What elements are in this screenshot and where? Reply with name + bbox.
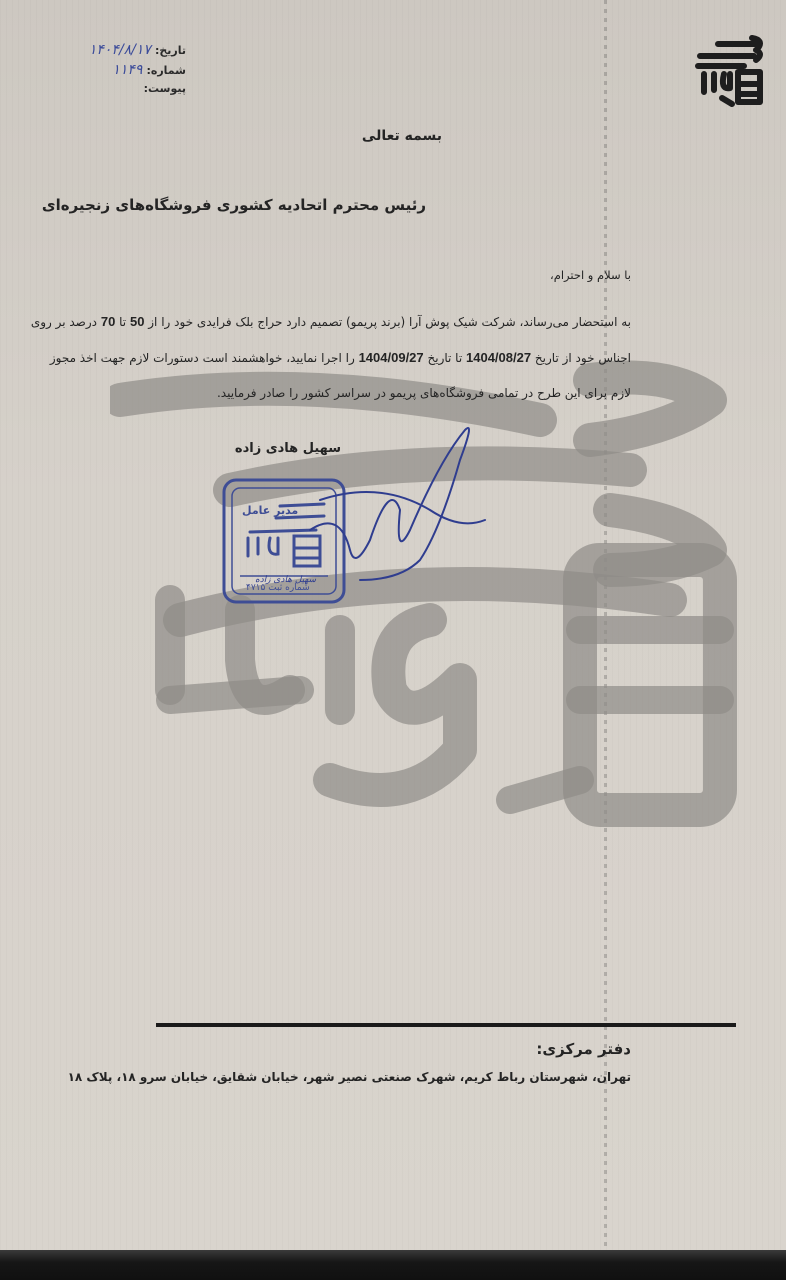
date-value: ۱۴۰۴/۸/۱۷	[89, 42, 151, 58]
handwritten-signer-name: سهیل هادی زاده	[255, 575, 316, 585]
body-text: را اجرا نمایید، خواهشمند است دستورات لاز…	[50, 351, 355, 365]
start-date: 1404/08/27	[466, 350, 531, 365]
discount-to: 70	[101, 314, 115, 329]
body-text: درصد بر روی	[31, 315, 97, 329]
body-text: لازم برای این طرح در تمامی فروشگاه‌های پ…	[217, 386, 631, 400]
body-text: تا تاریخ	[427, 351, 462, 365]
number-value: ۱۱۴۹	[112, 62, 142, 78]
body-line-2: اجناس خود از تاریخ 1404/08/27 تا تاریخ 1…	[0, 350, 631, 365]
signature-icon	[300, 420, 490, 590]
end-date: 1404/09/27	[359, 350, 424, 365]
company-logo-icon	[672, 32, 772, 112]
date-row: تاریخ: ۱۴۰۴/۸/۱۷	[46, 42, 186, 62]
letter-metadata: تاریخ: ۱۴۰۴/۸/۱۷ شماره: ۱۱۴۹ پیوست:	[46, 42, 186, 102]
office-address: تهران، شهرستان رباط کریم، شهرک صنعتی نصی…	[68, 1070, 631, 1084]
addressee: رئیس محترم اتحادیه کشوری فروشگاه‌های زنج…	[42, 196, 426, 214]
body-text: به استحضار می‌رساند، شرکت شیک پوش آرا (ب…	[148, 315, 631, 329]
footer-divider	[156, 1023, 736, 1027]
discount-from: 50	[130, 314, 144, 329]
body-line-3: لازم برای این طرح در تمامی فروشگاه‌های پ…	[0, 386, 631, 400]
invocation: بسمه تعالی	[362, 128, 442, 144]
stamp-title: مدیر عامل	[242, 504, 298, 517]
date-label: تاریخ:	[155, 44, 186, 57]
office-label: دفتر مرکزی:	[536, 1040, 631, 1058]
greeting: با سلام و احترام،	[550, 268, 631, 282]
desk-surface	[0, 1250, 786, 1280]
body-text: اجناس خود از تاریخ	[535, 351, 631, 365]
attachment-row: پیوست:	[46, 82, 186, 102]
body-line-1: به استحضار می‌رساند، شرکت شیک پوش آرا (ب…	[0, 314, 631, 329]
number-label: شماره:	[146, 64, 186, 77]
attachment-label: پیوست:	[144, 82, 186, 95]
body-text: تا	[119, 315, 126, 329]
number-row: شماره: ۱۱۴۹	[46, 62, 186, 82]
